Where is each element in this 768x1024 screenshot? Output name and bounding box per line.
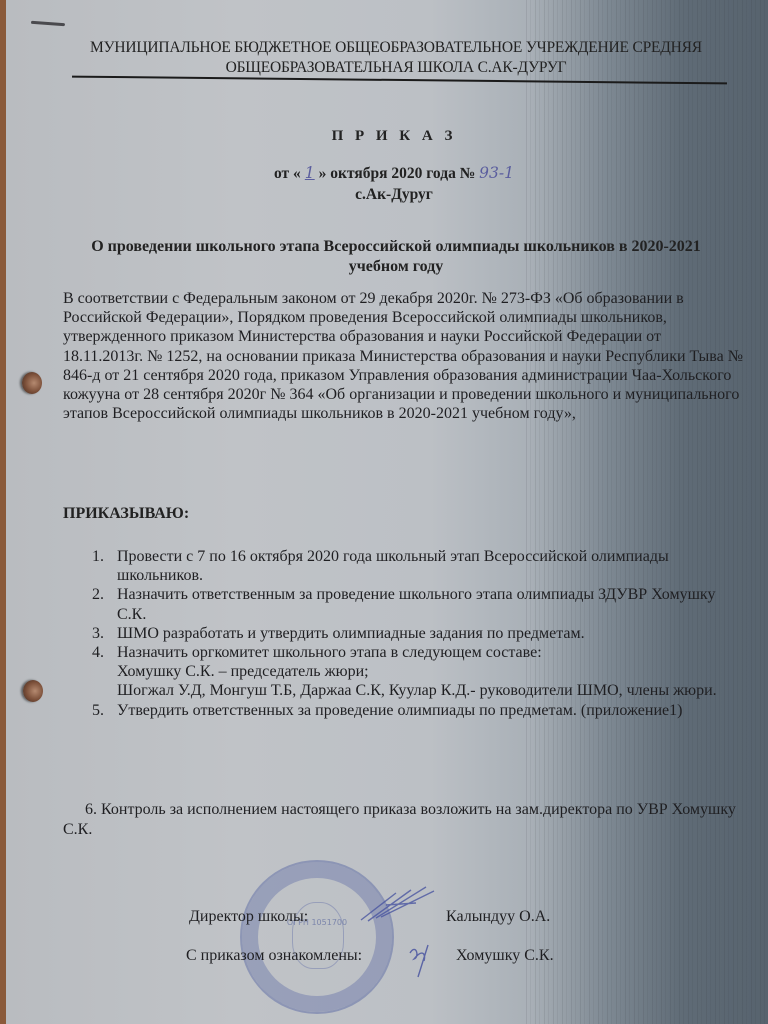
director-label: Директор школы: (189, 908, 308, 926)
order-item: 3. ШМО разработать и утвердить олимпиадн… (92, 624, 732, 643)
item-number: 1. (92, 547, 104, 566)
document-title: П Р И К А З (6, 128, 768, 145)
acknowledged-label: С приказом ознакомлены: (186, 947, 362, 965)
order-subject: О проведении школьного этапа Всероссийск… (76, 237, 716, 277)
order-item: 2. Назначить ответственным за проведение… (92, 585, 732, 623)
punch-hole-icon (22, 372, 42, 394)
item-text: ШМО разработать и утвердить олимпиадные … (117, 625, 585, 642)
handwritten-day: 1 (301, 164, 319, 182)
item-number: 5. (92, 701, 104, 720)
order-item: 4. Назначить оргкомитет школьного этапа … (92, 643, 732, 701)
item-text-chair: Хомушку С.К. – председатель жюри; (117, 662, 732, 681)
item-text: Провести с 7 по 16 октября 2020 года шко… (117, 548, 669, 584)
director-name: Калындуу О.А. (446, 908, 550, 926)
punch-hole-icon (23, 680, 43, 702)
date-suffix: » октября 2020 года № (319, 165, 476, 182)
item-number: 2. (92, 585, 104, 604)
acknowledged-name: Хомушку С.К. (456, 947, 554, 965)
director-signature-icon (356, 885, 436, 925)
staple-mark (31, 21, 65, 26)
order-items-list: 1. Провести с 7 по 16 октября 2020 года … (92, 547, 732, 720)
acknowledgment-signature-icon (404, 935, 444, 980)
official-seal-stamp: ОГРН 1051700 (240, 860, 394, 1014)
date-prefix: от « (274, 165, 301, 182)
order-keyword: ПРИКАЗЫВАЮ: (63, 505, 189, 523)
item-text: Назначить оргкомитет школьного этапа в с… (117, 643, 732, 662)
preamble-paragraph: В соответствии с Федеральным законом от … (63, 289, 743, 423)
institution-header: МУНИЦИПАЛЬНОЕ БЮДЖЕТНОЕ ОБЩЕОБРАЗОВАТЕЛЬ… (66, 38, 726, 78)
order-place: с.Ак-Дуруг (6, 186, 768, 204)
item-text-members: Шогжал У.Д, Монгуш Т.Б, Даржаа С.К, Куул… (117, 681, 732, 700)
handwritten-order-number: 93-1 (479, 164, 514, 182)
order-date-line: от «1» октября 2020 года № 93-1 (6, 164, 768, 183)
control-clause: 6. Контроль за исполнением настоящего пр… (63, 800, 743, 840)
document-page: МУНИЦИПАЛЬНОЕ БЮДЖЕТНОЕ ОБЩЕОБРАЗОВАТЕЛЬ… (6, 0, 768, 1024)
header-line-1: МУНИЦИПАЛЬНОЕ БЮДЖЕТНОЕ ОБЩЕОБРАЗОВАТЕЛЬ… (66, 38, 726, 58)
item-number: 3. (92, 624, 104, 643)
item-text: Назначить ответственным за проведение шк… (117, 586, 715, 622)
header-line-2: ОБЩЕОБРАЗОВАТЕЛЬНАЯ ШКОЛА С.АК-ДУРУГ (66, 58, 726, 78)
scan-streaks (526, 0, 768, 1024)
item-text: Утвердить ответственных за проведение ол… (117, 702, 682, 719)
order-item: 5. Утвердить ответственных за проведение… (92, 701, 732, 720)
item-number: 4. (92, 643, 104, 662)
order-item: 1. Провести с 7 по 16 октября 2020 года … (92, 547, 732, 585)
